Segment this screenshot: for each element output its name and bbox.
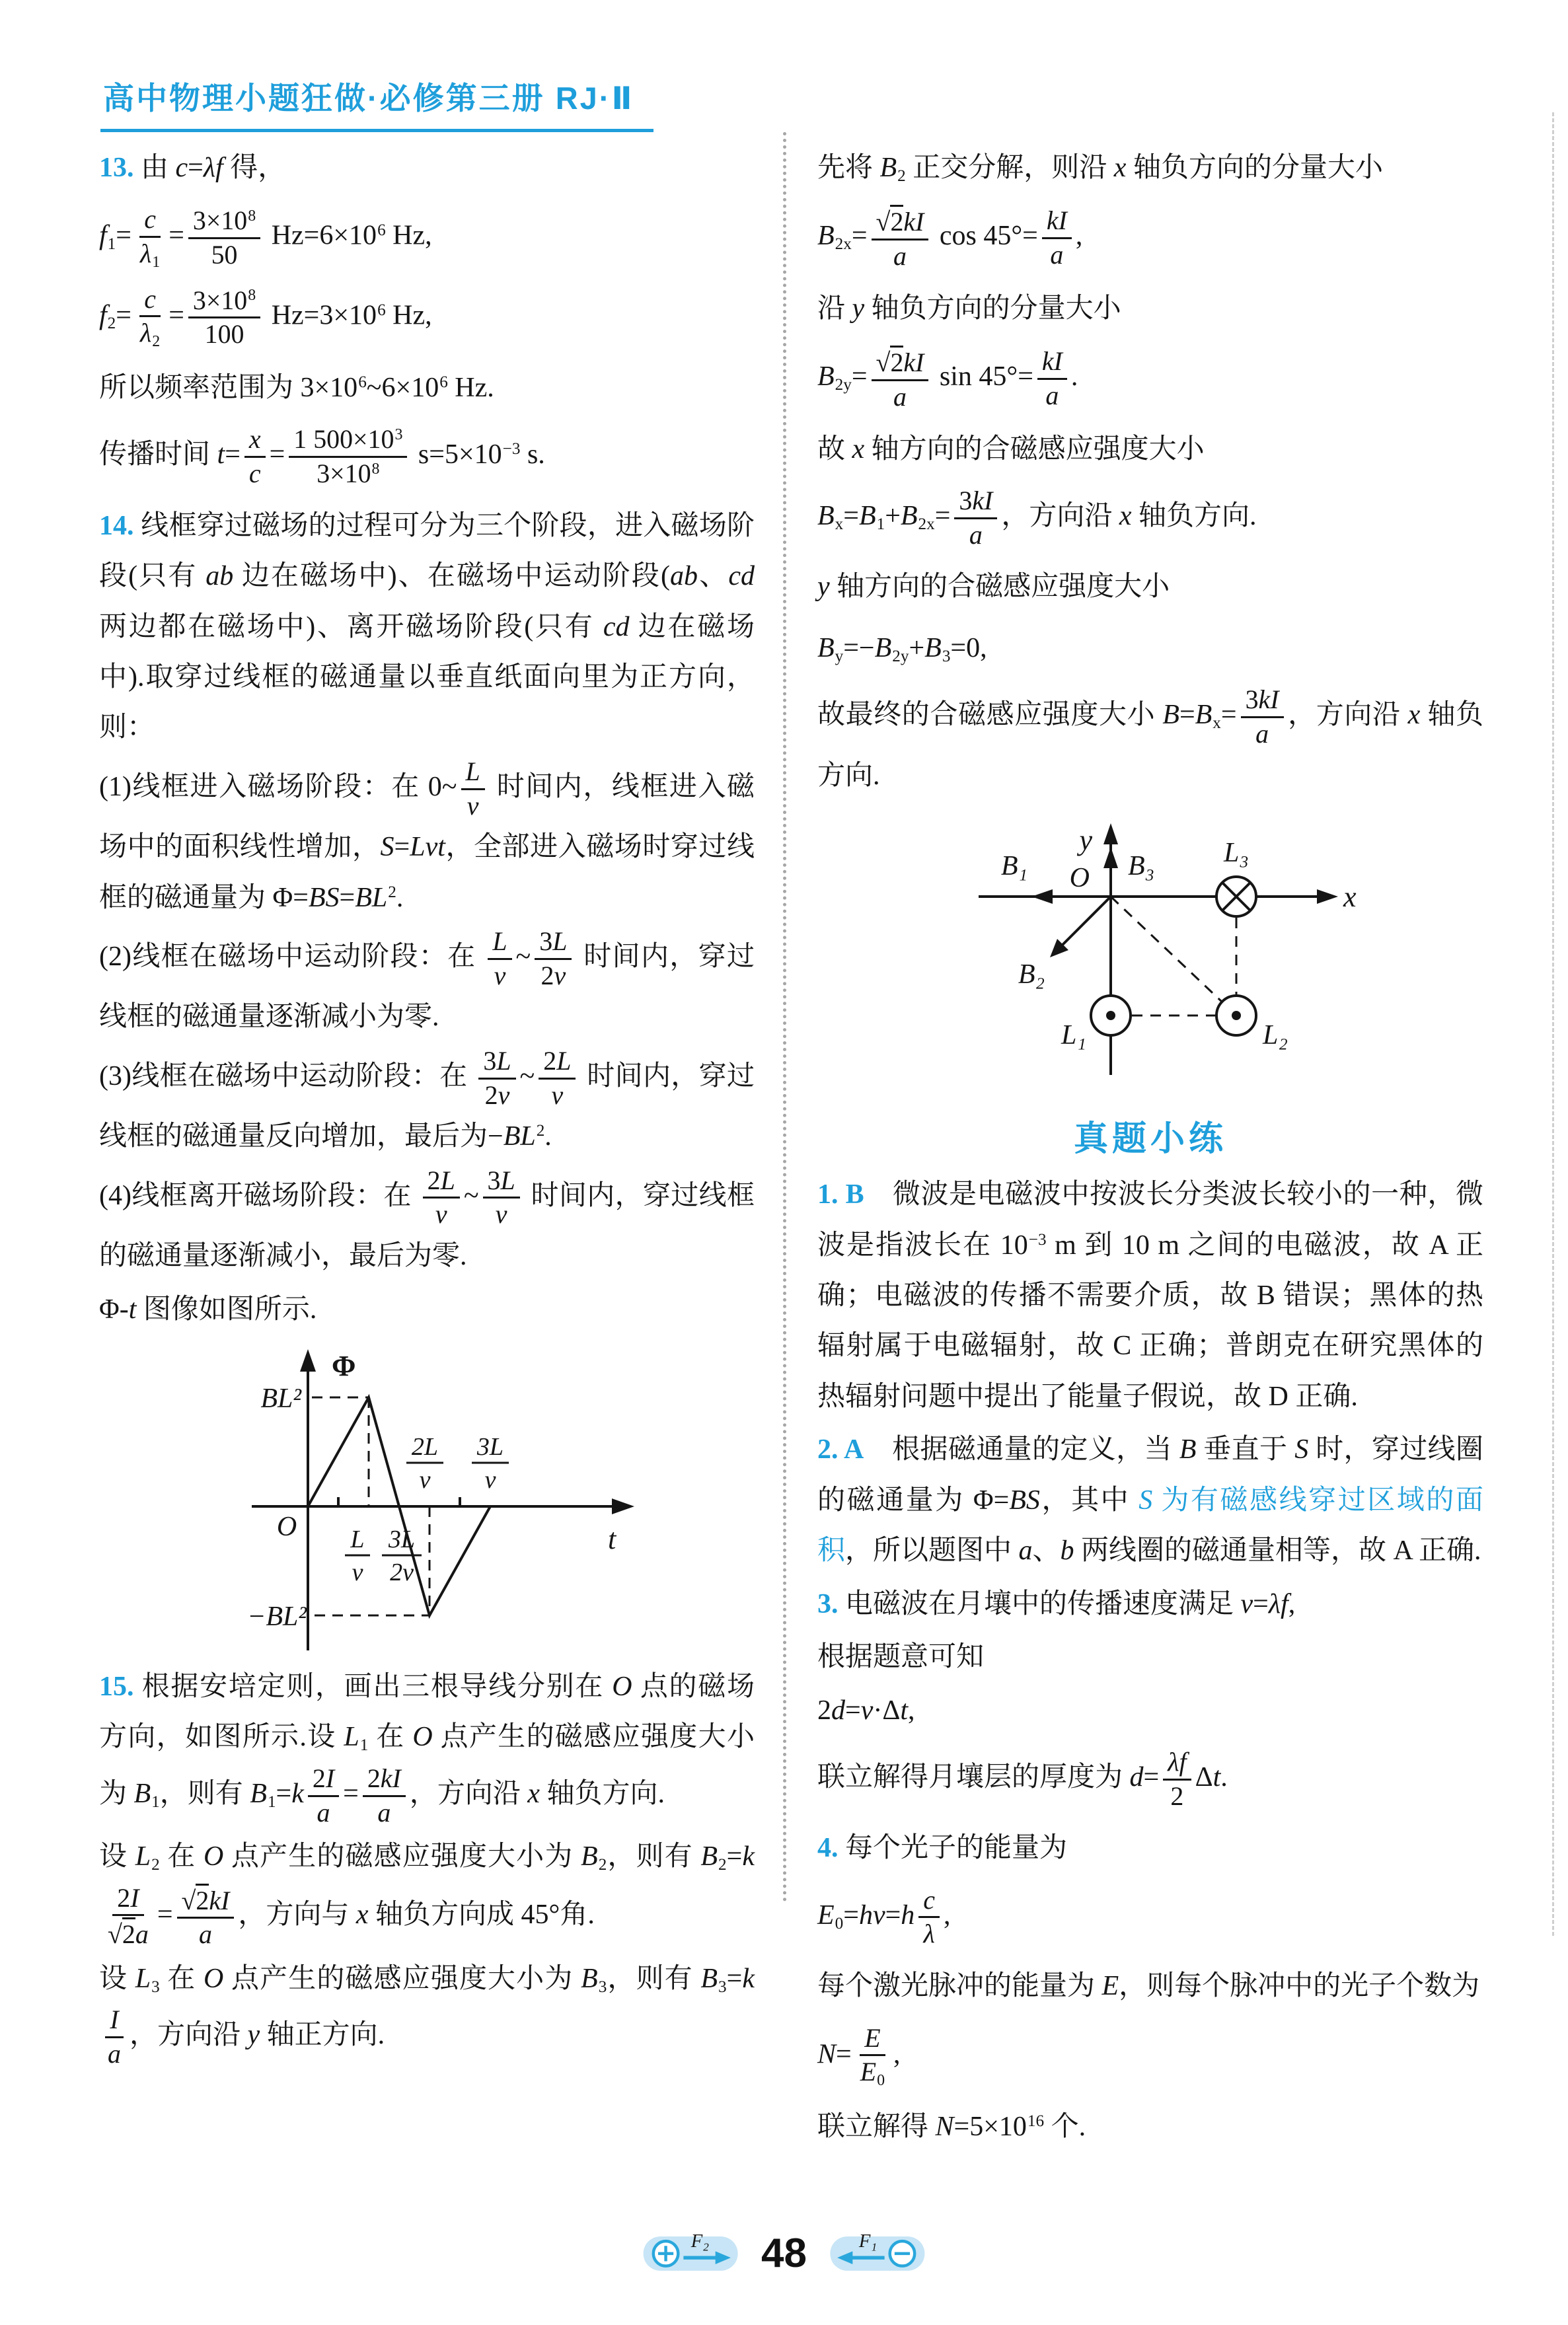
text-run: = — [836, 2039, 852, 2069]
left-column: 13. 由 c=λf 得，f1=cλ1=3×10850 Hz=6×106 Hz,… — [99, 140, 755, 2073]
subscript: 2 — [108, 314, 116, 332]
item14-graph-note: Φ-t 图像如图所示. — [99, 1284, 755, 1335]
column-divider — [783, 132, 786, 1903]
text-run: = — [116, 300, 131, 330]
item-number: 2. A — [817, 1434, 864, 1465]
text-run: + — [885, 501, 901, 531]
superscript: −3 — [1029, 1231, 1047, 1249]
math-variable: I — [110, 2005, 118, 2034]
highlighted-variable: S — [1139, 1485, 1152, 1516]
subscript: 1 — [877, 515, 885, 533]
math-variable: a — [969, 520, 983, 550]
fraction: cλ1 — [135, 205, 165, 271]
text-run: 轴负方向. — [1132, 501, 1257, 531]
math-variable: L — [552, 926, 567, 956]
math-variable: v — [861, 1695, 874, 1726]
math-variable: λ — [140, 239, 151, 268]
left-blocks-top: 13. 由 c=λf 得，f1=cλ1=3×10850 Hz=6×106 Hz,… — [99, 143, 755, 1335]
b1-label: B₁ — [1001, 851, 1027, 881]
fraction: 3kIa — [1241, 685, 1284, 749]
math-variable: y — [247, 2020, 260, 2050]
subscript: 1 — [152, 254, 160, 271]
bx-formula: Bx=B1+B2x=3kIa，方向沿 x 轴负方向. — [817, 485, 1483, 551]
text-run: = — [276, 1779, 292, 1809]
tick-label-2Lv-den: v — [420, 1466, 431, 1494]
wire-L2-dot — [1232, 1011, 1241, 1020]
fraction: EE0 — [856, 2024, 889, 2090]
math-variable: a — [108, 2039, 121, 2069]
l3-label: L₃ — [1223, 838, 1249, 868]
text-run: 故最终的合磁感应强度大小 — [817, 700, 1162, 730]
fraction: 3L2v — [535, 927, 572, 990]
math-variable: B — [859, 501, 876, 531]
subscript: 2 — [152, 333, 160, 350]
math-variable: v — [467, 791, 479, 821]
math-variable: L — [496, 1046, 511, 1076]
fraction: 3L2v — [478, 1047, 515, 1110]
b2-label: B₂ — [1018, 959, 1045, 990]
text-run: 沿 — [817, 293, 852, 324]
y-axis-arrow — [1103, 823, 1118, 844]
math-variable: BL — [355, 883, 387, 913]
superscript: 6 — [358, 373, 367, 391]
math-variable: E — [860, 2057, 876, 2086]
text-run: 3 — [483, 1046, 496, 1076]
text-run: , — [1076, 221, 1083, 251]
math-variable: L — [466, 757, 480, 786]
fraction: √2kIa — [177, 1884, 235, 1950]
text-run: . — [396, 883, 404, 913]
book-title: 高中物理小题狂做·必修第三册 RJ·Ⅱ — [103, 81, 634, 116]
math-variable: ab — [205, 561, 233, 591]
text-run: = — [885, 1900, 901, 1931]
fraction: 3kIa — [954, 486, 997, 550]
item-number: 15. — [99, 1672, 134, 1702]
b3-arrowhead — [1103, 847, 1118, 868]
text-run: 2 — [428, 1165, 441, 1195]
superscript: 3 — [394, 426, 402, 443]
math-variable: d — [831, 1695, 845, 1726]
text-run: = — [168, 300, 184, 330]
math-variable: a — [893, 241, 907, 271]
text-run: = — [157, 1899, 173, 1929]
fraction: cλ — [918, 1886, 940, 1949]
text-run: ，则有 — [607, 1841, 700, 1872]
fraction: cλ2 — [135, 285, 165, 351]
text-run: 2 — [117, 1883, 130, 1913]
math-variable: BS — [1009, 1485, 1040, 1516]
subscript: 1 — [151, 1793, 160, 1811]
math-variable: v — [1241, 1589, 1253, 1619]
math-variable: B — [700, 1964, 718, 1994]
item13-intro: 13. 由 c=λf 得， — [99, 143, 755, 193]
math-variable: N — [936, 2112, 954, 2142]
text-run: =0, — [950, 633, 987, 663]
text-run: 3×10 — [193, 205, 247, 235]
text-run: 3 — [488, 1165, 501, 1195]
math-variable: y — [852, 293, 865, 324]
text-run: = — [225, 439, 241, 470]
math-variable: a — [1255, 719, 1269, 749]
text-run: 轴方向的合磁感应强度大小 — [864, 434, 1205, 464]
math-variable: E — [817, 1900, 835, 1931]
math-variable: x — [249, 424, 261, 454]
subscript: x — [1213, 714, 1221, 732]
math-variable: kI — [1259, 684, 1279, 714]
fraction: xc — [244, 425, 266, 488]
math-variable: B — [1179, 1434, 1197, 1465]
item-number: 1. B — [817, 1179, 864, 1210]
text-run: 垂直于 — [1196, 1434, 1294, 1465]
left-blocks-bottom: 15. 根据安培定则，画出三根导线分别在 O 点的磁场方向，如图所示.设 L1 … — [99, 1662, 755, 2071]
b2-decompose-y: 沿 y 轴负方向的分量大小 — [817, 283, 1483, 334]
math-variable: B — [924, 633, 942, 663]
text-run: Hz=6×10 — [264, 221, 377, 251]
math-variable: B — [1162, 700, 1179, 730]
text-run: 两线圈的磁通量相等，故 A 正确. — [1074, 1535, 1481, 1566]
text-run: 在 — [368, 1722, 412, 1752]
text-run: , — [908, 1695, 915, 1726]
text-run: 个. — [1044, 2112, 1086, 2142]
ans4-result: 联立解得 N=5×1016 个. — [817, 2102, 1483, 2152]
text-run: ~ — [464, 1181, 479, 1211]
text-run: . — [1220, 1762, 1228, 1792]
ans3-result: 联立解得月壤层的厚度为 d=λf2Δt. — [817, 1746, 1483, 1812]
math-variable: L — [135, 1841, 151, 1872]
item15-L1: 15. 根据安培定则，画出三根导线分别在 O 点的磁场方向，如图所示.设 L1 … — [99, 1662, 755, 1829]
math-variable: a — [135, 1919, 149, 1949]
superscript: 6 — [377, 301, 386, 319]
item-number: 3. — [817, 1589, 839, 1619]
fraction: kIa — [1042, 206, 1072, 270]
square-root: √2 — [876, 207, 904, 237]
math-variable: cd — [603, 612, 630, 642]
math-variable: t — [217, 439, 225, 470]
text-run: 3 — [959, 486, 972, 515]
ans2: 2. A 根据磁通量的定义，当 B 垂直于 S 时，穿过线圈的磁通量为 Φ=BS… — [817, 1424, 1483, 1576]
text-run: 轴负方向成 45°角. — [369, 1899, 595, 1929]
origin-label: O — [1070, 863, 1090, 893]
fraction: Lv — [488, 927, 511, 990]
text-run: = — [188, 153, 204, 183]
text-run: + — [909, 633, 924, 663]
square-root: √2 — [876, 348, 904, 377]
fraction: Lv — [461, 757, 485, 821]
tick-label-Lv-num: L — [350, 1526, 364, 1553]
math-variable: t — [900, 1695, 908, 1726]
subscript: 3 — [718, 1978, 727, 1996]
superscript: 6 — [439, 373, 448, 391]
square-root: √2 — [182, 1886, 209, 1915]
math-variable: b — [1061, 1535, 1074, 1566]
b3-label: B₃ — [1128, 851, 1154, 881]
math-variable: B — [817, 633, 835, 663]
math-variable: c — [176, 153, 188, 183]
item14-stage4: (4)线框离开磁场阶段：在 2Lv~3Lv 时间内，穿过线框的磁通量逐渐减小，最… — [99, 1165, 755, 1282]
superscript: 8 — [372, 461, 380, 478]
math-variable: a — [199, 1919, 212, 1949]
ans4-e0: E0=hν=hcλ, — [817, 1884, 1483, 1950]
math-variable: λf — [1269, 1589, 1288, 1619]
text-run: = — [1253, 1589, 1269, 1619]
text-run: Hz, — [386, 300, 432, 330]
math-variable: kI — [1042, 346, 1063, 376]
math-variable: Lvt — [410, 832, 445, 862]
math-variable: I — [130, 1883, 139, 1913]
text-run: 传播时间 — [99, 439, 217, 470]
text-run: 每个激光脉冲的能量为 — [817, 1971, 1102, 2001]
math-variable: h — [901, 1900, 915, 1931]
text-run: = — [394, 832, 410, 862]
origin-label: O — [277, 1512, 297, 1542]
math-variable: B — [880, 153, 897, 183]
text-run: 由 — [134, 153, 176, 183]
item15-L2: 设 L2 在 O 点产生的磁感应强度大小为 B2，则有 B2=k2I√2a=√2… — [99, 1831, 755, 1951]
math-variable: B — [700, 1841, 718, 1872]
b2y-formula: B2y=√2kIa sin 45°=kIa. — [817, 344, 1483, 413]
text-run: = — [843, 1900, 859, 1931]
b-total: 故最终的合磁感应强度大小 B=Bx=3kIa，方向沿 x 轴负方向. — [817, 684, 1483, 801]
text-run: , — [944, 1900, 951, 1931]
text-run: = — [340, 883, 355, 913]
x-axis-arrow — [1317, 889, 1338, 904]
math-variable: λf — [1168, 1747, 1186, 1777]
ans4-n: N=EE0, — [817, 2022, 1483, 2091]
math-variable: S — [381, 832, 394, 862]
text-run: 2 — [485, 1080, 498, 1110]
text-run: 联立解得 — [817, 2112, 936, 2142]
superscript: 16 — [1027, 2112, 1044, 2130]
fraction: 3×108100 — [188, 286, 260, 350]
subscript: 2x — [918, 515, 935, 533]
field-figure: y x O B₁ B₂ B₃ L₃ L₁ L₂ — [817, 807, 1483, 1095]
math-variable: B — [901, 501, 918, 531]
text-run: Φ- — [99, 1294, 129, 1325]
square-root: √2 — [108, 1919, 135, 1949]
math-variable: B — [134, 1779, 151, 1809]
t-axis-label: t — [608, 1523, 617, 1555]
subscript: 1 — [268, 1793, 276, 1811]
math-variable: L — [344, 1722, 359, 1752]
text-run: ，方向沿 — [1001, 501, 1119, 531]
ans1: 1. B 微波是电磁波中按波长分类波长较小的一种，微波是指波长在 10−3 m … — [817, 1169, 1483, 1422]
by-note: y 轴方向的合磁感应强度大小 — [817, 562, 1483, 612]
max-value-label: BL² — [260, 1384, 302, 1414]
superscript: 2 — [388, 883, 396, 901]
subscript: 3 — [942, 647, 951, 665]
fraction: 2Ia — [308, 1764, 339, 1827]
fraction: 3×10850 — [188, 206, 260, 270]
text-run: 正交分解，则沿 — [906, 153, 1114, 183]
text-run: 50 — [211, 240, 238, 270]
math-variable: B — [817, 221, 835, 251]
text-run: (3)线框在磁场中运动阶段：在 — [99, 1061, 474, 1091]
tick-label-3L2v-num: 3L — [388, 1526, 415, 1553]
fraction: kIa — [1037, 347, 1067, 410]
item15-L3: 设 L3 在 O 点产生的磁感应强度大小为 B3，则有 B3=kIa，方向沿 y… — [99, 1954, 755, 2071]
subscript: y — [835, 647, 844, 665]
ans4-pulse: 每个激光脉冲的能量为 E，则每个脉冲中的光子个数为 — [817, 1961, 1483, 2011]
text-run: (2)线框在磁场中运动阶段：在 — [99, 941, 484, 972]
item14-stage3: (3)线框在磁场中运动阶段：在 3L2v~2Lv 时间内，穿过线框的磁通量反向增… — [99, 1045, 755, 1162]
math-variable: x — [1119, 501, 1132, 531]
fraction: Ia — [103, 2005, 126, 2069]
text-run: ，则有 — [160, 1779, 250, 1809]
right-blocks-top: 先将 B2 正交分解，则沿 x 轴负方向的分量大小B2x=√2kIa cos 4… — [817, 143, 1483, 801]
math-variable: E — [864, 2023, 880, 2053]
text-run: 电磁波在月壤中的传播速度满足 — [839, 1589, 1241, 1619]
text-run: 所以频率范围为 3×10 — [99, 373, 357, 403]
math-variable: x — [1408, 700, 1421, 730]
text-run: (1)线框进入磁场阶段：在 0~ — [99, 772, 457, 802]
math-variable: B — [581, 1964, 598, 1994]
text-run: 3×10 — [193, 285, 247, 315]
text-run: 故 — [817, 434, 852, 464]
superscript: 8 — [248, 207, 256, 225]
phi-axis-label: Φ — [332, 1350, 355, 1382]
text-run: ~6×10 — [367, 373, 439, 403]
ans3-eq: 2d=v·Δt, — [817, 1685, 1483, 1736]
wire-L1-dot — [1106, 1011, 1115, 1020]
math-variable: v — [554, 961, 566, 990]
text-run: 2 — [543, 1046, 556, 1076]
item13-time: 传播时间 t=xc=1 500×1033×108 s=5×10−3 s. — [99, 424, 755, 490]
text-run: ~ — [516, 941, 531, 972]
math-variable: x — [527, 1779, 540, 1809]
math-variable: B — [817, 361, 835, 392]
fraction: 3Lv — [483, 1166, 520, 1230]
tick-label-2Lv-num: 2L — [412, 1433, 438, 1461]
text-run: s. — [520, 439, 544, 470]
b2-decompose-x: 先将 B2 正交分解，则沿 x 轴负方向的分量大小 — [817, 143, 1483, 193]
b2-vector — [1059, 897, 1111, 948]
text-run: 100 — [205, 319, 244, 349]
text-run: =− — [843, 633, 874, 663]
text-run: 3 — [1246, 684, 1259, 714]
text-run: ，方向与 — [238, 1899, 356, 1929]
text-run: 3 — [539, 926, 552, 956]
math-variable: λf — [204, 153, 223, 183]
min-value-label: −BL² — [247, 1602, 307, 1632]
fraction: √2kIa — [872, 205, 929, 271]
item13-range: 所以频率范围为 3×106~6×106 Hz. — [99, 363, 755, 413]
text-run: 轴方向的合磁感应强度大小 — [830, 572, 1170, 602]
math-variable: I — [326, 1763, 334, 1793]
text-run: ，所以题图中 — [845, 1535, 1019, 1566]
math-variable: L — [135, 1964, 151, 1994]
text-run: ·Δ — [873, 1695, 900, 1726]
phi-t-graph: Φ t BL² −BL² O L v 3L 2v 2L v 3L — [202, 1341, 652, 1652]
b2x-formula: B2x=√2kIa cos 45°=kIa, — [817, 203, 1483, 272]
math-variable: v — [496, 1199, 507, 1229]
text-run: 设 — [99, 1964, 135, 1994]
subscript: 0 — [877, 2072, 885, 2089]
math-variable: a — [1019, 1535, 1033, 1566]
math-variable: a — [1045, 381, 1059, 410]
math-variable: v — [498, 1080, 510, 1110]
text-run: = — [1221, 700, 1237, 730]
item-number: 14. — [99, 511, 134, 541]
page-number: 48 — [761, 2230, 807, 2277]
math-variable: O — [612, 1672, 632, 1702]
text-run: ，其中 — [1040, 1485, 1139, 1516]
math-variable: v — [551, 1080, 563, 1110]
l1-label: L₁ — [1061, 1020, 1086, 1051]
text-run: 根据磁通量的定义，当 — [864, 1434, 1179, 1465]
item13-f2: f2=cλ2=3×108100 Hz=3×106 Hz, — [99, 283, 755, 352]
math-variable: x — [356, 1899, 369, 1929]
math-variable: hν — [859, 1900, 885, 1931]
text-run: s=5×10 — [411, 439, 502, 470]
text-run: 2 — [1170, 1781, 1183, 1811]
text-run: 先将 — [817, 153, 880, 183]
math-variable: kI — [209, 1886, 229, 1915]
math-variable: a — [1050, 240, 1063, 270]
math-variable: BS — [309, 883, 340, 913]
text-run: ，则每个脉冲中的光子个数为 — [1119, 1971, 1479, 2001]
text-run: 每个光子的能量为 — [839, 1833, 1068, 1863]
ans4-intro: 4. 每个光子的能量为 — [817, 1823, 1483, 1873]
item-number: 4. — [817, 1833, 839, 1863]
text-run: ，方向沿 — [130, 2020, 248, 2050]
math-variable: S — [1294, 1434, 1308, 1465]
math-variable: f — [99, 221, 107, 251]
item14-stage2: (2)线框在磁场中运动阶段：在 Lv~3L2v 时间内，穿过线框的磁通量逐渐减小… — [99, 926, 755, 1043]
f1-label: F₁ — [858, 2231, 877, 2252]
text-run: 两边都在磁场中)、离开磁场阶段(只有 — [99, 612, 603, 642]
by-formula: By=−B2y+B3=0, — [817, 623, 1483, 673]
math-variable: t — [129, 1294, 137, 1325]
y-axis-arrow — [300, 1349, 316, 1372]
superscript: 6 — [377, 221, 386, 239]
footer-right-decoration: F₁ — [827, 2225, 927, 2281]
text-run: = — [845, 1695, 861, 1726]
text-run: ，方向沿 — [410, 1779, 528, 1809]
text-run: 2 — [817, 1695, 831, 1726]
tick-label-3L2v-den: 2v — [390, 1559, 414, 1586]
text-run: 点产生的磁感应强度大小为 — [223, 1964, 581, 1994]
math-variable: E — [1102, 1971, 1119, 2001]
fraction: λf2 — [1163, 1748, 1191, 1811]
subscript: 2y — [835, 376, 852, 394]
text-run: 轴负方向的分量大小 — [864, 293, 1121, 324]
math-variable: a — [893, 382, 907, 412]
text-run: 、 — [698, 561, 728, 591]
subscript: 1 — [108, 235, 116, 253]
fraction: 1 500×1033×108 — [289, 425, 407, 488]
math-variable: B — [581, 1841, 598, 1872]
text-run: = — [935, 501, 951, 531]
math-variable: ab — [670, 561, 698, 591]
text-run: cos 45°= — [932, 221, 1037, 251]
subscript: 2 — [599, 1856, 607, 1874]
text-run: 点产生的磁感应强度大小为 — [223, 1841, 581, 1872]
text-run: (4)线框离开磁场阶段：在 — [99, 1181, 419, 1211]
page-footer: F₂ 48 F₁ — [0, 2225, 1568, 2281]
superscript: 8 — [248, 287, 256, 304]
math-variable: v — [435, 1199, 447, 1229]
math-variable: kI — [903, 207, 924, 237]
text-run: 边在磁场中)、在磁场中运动阶段( — [233, 561, 670, 591]
subscript: 1 — [360, 1736, 369, 1754]
text-run: . — [544, 1121, 552, 1152]
math-variable: L — [556, 1046, 571, 1076]
math-variable: N — [817, 2039, 836, 2069]
subscript: 3 — [599, 1978, 607, 1996]
math-variable: k — [291, 1779, 304, 1809]
math-variable: k — [742, 1964, 755, 1994]
text-run: = — [852, 361, 868, 392]
